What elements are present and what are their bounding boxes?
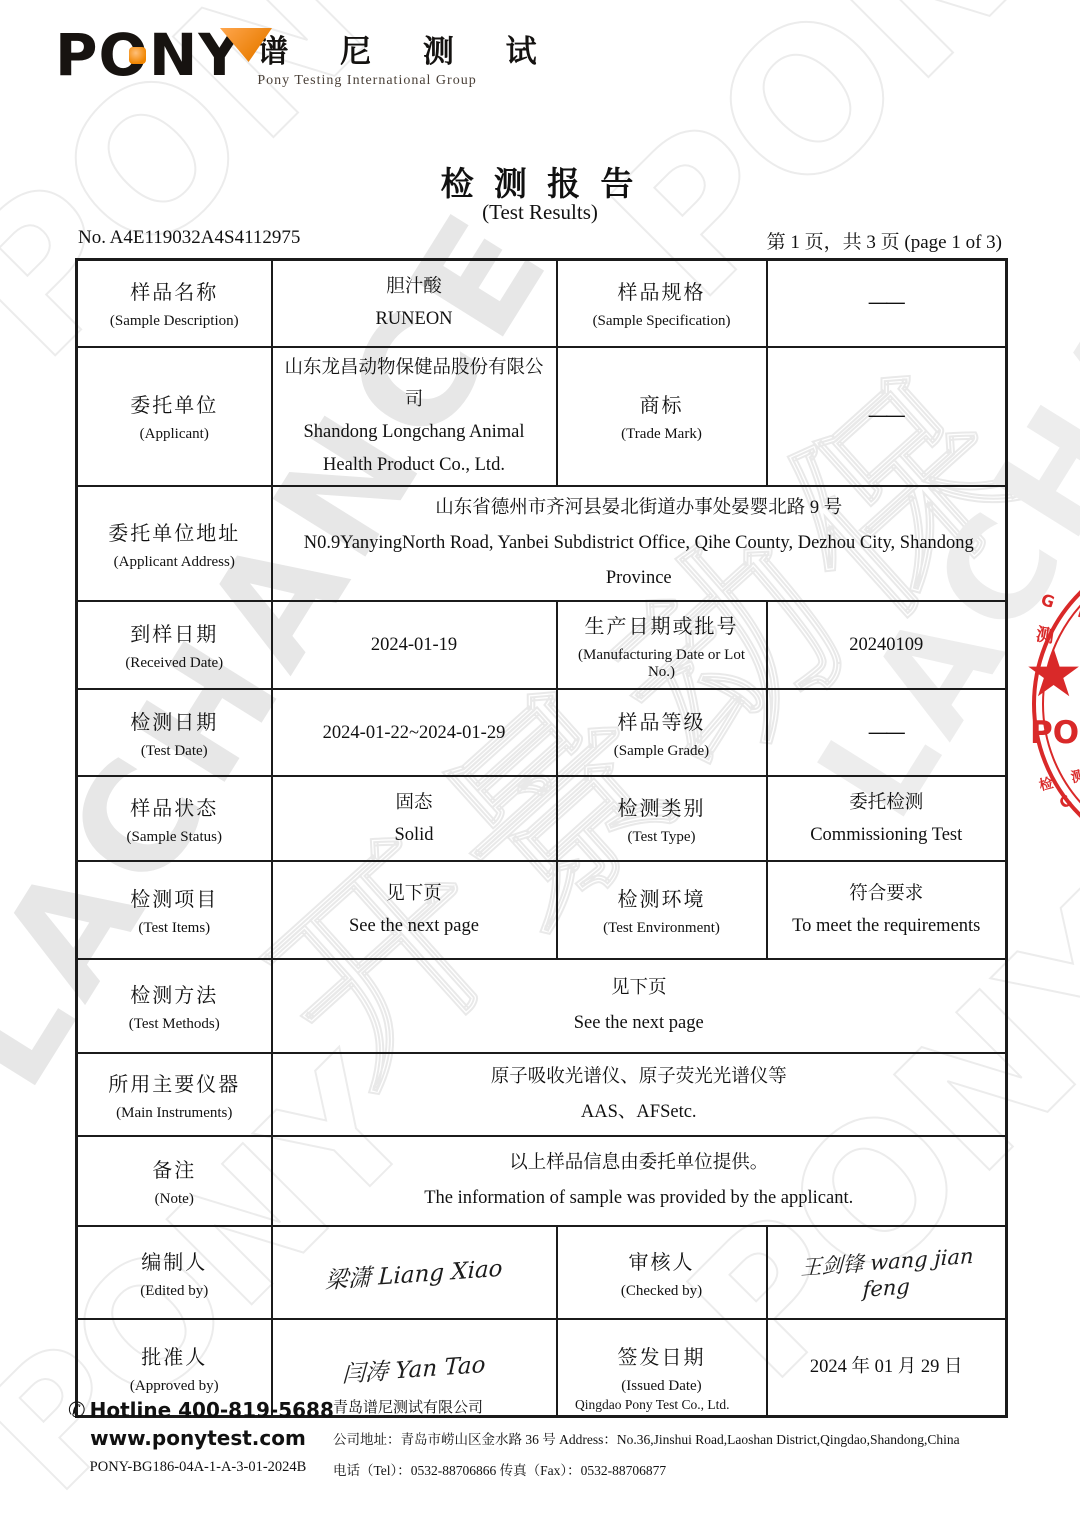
company-telfax: 电话（Tel）：0532-88706866 传真（Fax）：0532-88706… — [333, 1459, 1033, 1479]
value-cell: 见下页See the next page — [272, 959, 1007, 1053]
value-cell: 山东龙昌动物保健品股份有限公司Shandong Longchang Animal… — [272, 347, 557, 487]
footer-company-block: 青岛谱尼测试有限公司 Qingdao Pony Test Co., Ltd. 公… — [333, 1396, 1033, 1479]
approved-by-signature: 闫涛 Yan Tao — [342, 1346, 486, 1389]
value-cell: 见下页See the next page — [272, 861, 557, 959]
label-cell: 委托单位地址(Applicant Address) — [77, 486, 272, 601]
table-row: 检测方法(Test Methods) 见下页See the next page — [77, 959, 1007, 1053]
label-cell: 检测环境(Test Environment) — [557, 861, 767, 959]
signature-cell: 王剑锋 wang jian feng — [767, 1226, 1007, 1319]
value-cell: —— — [767, 347, 1007, 487]
table-row: 检测日期(Test Date) 2024-01-22~2024-01-29 样品… — [77, 689, 1007, 776]
report-title: 检 测 报 告 — [0, 158, 1080, 205]
value-cell: 20240109 — [767, 601, 1007, 689]
label-cell: 委托单位(Applicant) — [77, 347, 272, 487]
logo-chinese-name: 谱 尼 测 试 — [257, 26, 558, 71]
label-cell: 检测类别(Test Type) — [557, 776, 767, 861]
value-cell: 2024-01-22~2024-01-29 — [272, 689, 557, 776]
value-cell: 以上样品信息由委托单位提供。The information of sample … — [272, 1136, 1007, 1226]
table-row: 所用主要仪器(Main Instruments) 原子吸收光谱仪、原子荧光光谱仪… — [77, 1053, 1007, 1136]
table-row: 到样日期(Received Date) 2024-01-19 生产日期或批号(M… — [77, 601, 1007, 689]
document-code: PONY-BG186-04A-1-A-3-01-2024B — [68, 1459, 328, 1476]
pony-logo: PONY 谱 尼 测 试 Pony Testing International … — [55, 20, 559, 90]
star-icon: ★ — [1024, 641, 1080, 707]
value-cell: 委托检测Commissioning Test — [767, 776, 1007, 861]
label-cell: 检测方法(Test Methods) — [77, 959, 272, 1053]
pony-logo-wordmark: PONY — [55, 20, 241, 90]
value-cell: 符合要求To meet the requirements — [767, 861, 1007, 959]
value-cell: 山东省德州市齐河县晏北街道办事处晏婴北路 9 号N0.9YanyingNorth… — [272, 486, 1007, 601]
report-page: PONY PONY LACHANCE 开景动保 PONY PONY LACHAN… — [0, 0, 1080, 1527]
checked-by-signature: 王剑锋 wang jian feng — [773, 1238, 1000, 1308]
phone-icon: ✆ — [68, 1398, 86, 1422]
label-cell: 审核人(Checked by) — [557, 1226, 767, 1319]
label-cell: 所用主要仪器(Main Instruments) — [77, 1053, 272, 1136]
value-cell: —— — [767, 260, 1007, 347]
report-subtitle: (Test Results) — [0, 200, 1080, 225]
label-cell: 检测日期(Test Date) — [77, 689, 272, 776]
footer-contact-block: ✆Hotline 400-819-5688 www.ponytest.com P… — [68, 1398, 328, 1476]
label-cell: 样品规格(Sample Specification) — [557, 260, 767, 347]
edited-by-signature: 梁潇 Liang Xiao — [325, 1250, 504, 1296]
value-cell: 2024-01-19 — [272, 601, 557, 689]
value-cell: 固态Solid — [272, 776, 557, 861]
pony-brand-text: PONY — [55, 21, 241, 89]
table-row: 样品状态(Sample Status) 固态Solid 检测类别(Test Ty… — [77, 776, 1007, 861]
page-indicator: 第 1 页，共 3 页 (page 1 of 3) — [767, 227, 1002, 254]
company-name-en: Qingdao Pony Test Co., Ltd. — [575, 1397, 729, 1413]
value-cell: 原子吸收光谱仪、原子荧光光谱仪等AAS、AFSetc. — [272, 1053, 1007, 1136]
seal-brand: PONY — [1030, 715, 1080, 751]
website-link[interactable]: www.ponytest.com — [68, 1426, 328, 1450]
table-row: 编制人(Edited by) 梁潇 Liang Xiao 审核人(Checked… — [77, 1226, 1007, 1319]
signature-cell: 梁潇 Liang Xiao — [272, 1226, 557, 1319]
company-address: 公司地址：青岛市崂山区金水路 36 号 Address：No.36,Jinshu… — [333, 1428, 1033, 1448]
label-cell: 检测项目(Test Items) — [77, 861, 272, 959]
report-number: No. A4E119032A4S4112975 — [78, 227, 300, 249]
label-cell: 样品等级(Sample Grade) — [557, 689, 767, 776]
label-cell: 商标(Trade Mark) — [557, 347, 767, 487]
value-cell: 胆汁酸RUNEON — [272, 260, 557, 347]
label-cell: 到样日期(Received Date) — [77, 601, 272, 689]
table-row: 样品名称(Sample Description) 胆汁酸RUNEON 样品规格(… — [77, 260, 1007, 347]
hotline-text: Hotline 400-819-5688 — [90, 1398, 334, 1422]
label-cell: 样品名称(Sample Description) — [77, 260, 272, 347]
table-row: 委托单位地址(Applicant Address) 山东省德州市齐河县晏北街道办… — [77, 486, 1007, 601]
value-cell: —— — [767, 689, 1007, 776]
table-row: 委托单位(Applicant) 山东龙昌动物保健品股份有限公司Shandong … — [77, 347, 1007, 487]
report-info-table: 样品名称(Sample Description) 胆汁酸RUNEON 样品规格(… — [75, 258, 1008, 1418]
company-name-cn: 青岛谱尼测试有限公司 — [333, 1396, 483, 1417]
label-cell: 生产日期或批号(Manufacturing Date or Lot No.) — [557, 601, 767, 689]
logo-tagline: Pony Testing International Group — [257, 73, 558, 89]
hotline-line: ✆Hotline 400-819-5688 — [68, 1398, 328, 1422]
label-cell: 备注(Note) — [77, 1136, 272, 1226]
label-cell: 样品状态(Sample Status) — [77, 776, 272, 861]
logo-orange-square-icon — [129, 47, 146, 64]
table-row: 检测项目(Test Items) 见下页See the next page 检测… — [77, 861, 1007, 959]
label-cell: 编制人(Edited by) — [77, 1226, 272, 1319]
table-row: 备注(Note) 以上样品信息由委托单位提供。The information o… — [77, 1136, 1007, 1226]
